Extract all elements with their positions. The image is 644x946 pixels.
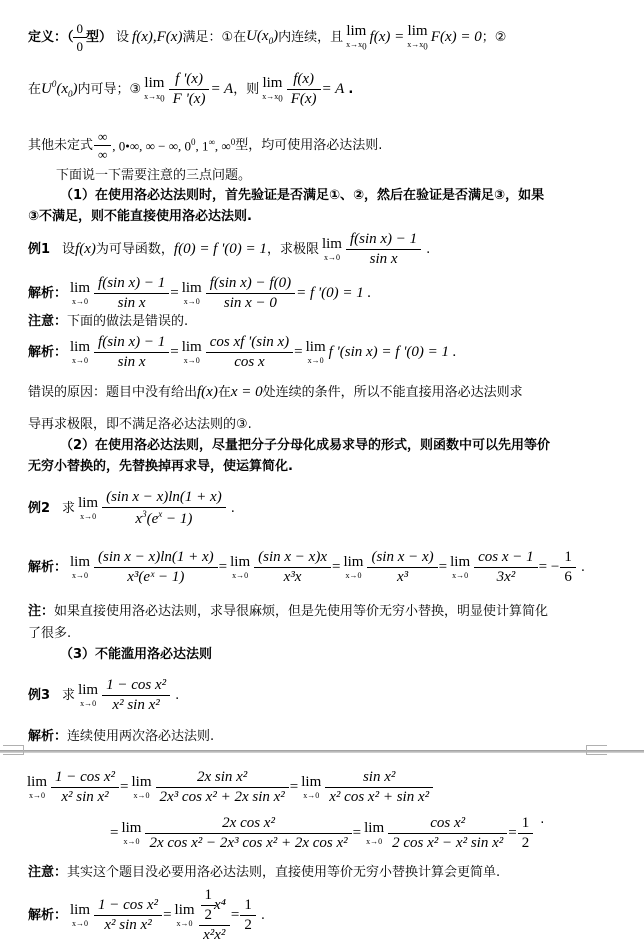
note2-line2: 了很多. <box>28 627 71 640</box>
period: . <box>231 502 235 515</box>
lim: lim <box>450 555 470 570</box>
den: sin x − 0 <box>206 293 295 311</box>
fraction: f(sin x) − f(0)sin x − 0 <box>208 276 293 311</box>
point2-line2: 无穷小替换的，先替换掉再求导，使运算简化. <box>28 460 293 473</box>
math: = <box>170 345 178 360</box>
solution3-row2: = limx→0 2x cos x²2x cos x² − 2x³ cos x²… <box>110 816 544 851</box>
den: x³x <box>254 567 331 585</box>
note-label: 注： <box>28 605 54 618</box>
fraction: 2x cos x²2x cos x² − 2x³ cos x² + 2x cos… <box>147 816 349 851</box>
lim: lim <box>78 496 98 511</box>
den: sin x <box>346 249 421 267</box>
num: 2x sin x² <box>195 770 249 787</box>
fraction: (sin x − x)x³ <box>369 550 435 585</box>
text: 下面的做法是错误的. <box>67 315 188 328</box>
text: （3）不能滥用洛必达法则 <box>60 648 212 661</box>
lim-sub: x→0 <box>80 513 96 521</box>
lim: lim <box>27 775 47 790</box>
den: 6 <box>560 567 576 585</box>
limit: limx→0 <box>132 775 152 800</box>
text: ，求极限 <box>267 243 319 256</box>
limit: limx→0 <box>70 281 90 306</box>
fraction: 1 − cos x²x² sin x² <box>53 770 117 805</box>
lim-sub: x→0 <box>452 572 468 580</box>
note1-line: 注意： 下面的做法是错误的. <box>28 315 188 328</box>
math: f(x) <box>75 242 96 257</box>
note2-line1: 注： 如果直接使用洛必达法则，求导很麻烦，但是先使用等价无穷小替换，明显使计算简… <box>28 605 548 618</box>
example-label: 例3 <box>28 689 50 702</box>
page-break-divider <box>0 750 644 753</box>
fraction: 1 − cos x²x² sin x² <box>96 898 160 933</box>
lim-sub: x→0 <box>29 792 45 800</box>
lim-sub: x→0 <box>123 838 139 846</box>
forms-list: , 0•∞, ∞ − ∞, 00, 1∞, ∞0 <box>112 138 235 152</box>
math: f(x) <box>197 385 218 400</box>
limit: limx→0 <box>364 821 384 846</box>
error-reason-line2: 导再求极限，即不满足洛必达法则的③. <box>28 418 252 431</box>
den: cos x <box>206 352 293 370</box>
math: − 1) <box>162 511 192 527</box>
math: = <box>219 560 227 575</box>
num: f '(x) <box>173 72 205 89</box>
num: f(sin x) − 1 <box>348 232 419 249</box>
lim: lim <box>70 555 90 570</box>
text: 无穷小替换的，先替换掉再求导，使运算简化. <box>28 460 293 473</box>
period: . <box>175 689 179 702</box>
math: f(x) = <box>370 30 405 45</box>
math: = <box>290 780 298 795</box>
math: U <box>41 81 52 97</box>
den: sin x <box>94 352 169 370</box>
lim-sub: x→0 <box>303 792 319 800</box>
math: = A <box>322 82 345 97</box>
lim-sub: x→0 <box>72 357 88 365</box>
num: 1 <box>520 816 532 833</box>
text: 导再求极限，即不满足洛必达法则的③. <box>28 418 252 431</box>
math: = <box>231 908 239 923</box>
lim: lim <box>301 775 321 790</box>
limit: limx→0 <box>175 903 195 928</box>
math: = f '(0) = 1 . <box>296 286 371 301</box>
den: 3x² <box>474 567 538 585</box>
num: 1 <box>203 888 215 905</box>
limit: limx→x0 <box>407 24 428 52</box>
den: 2x³ cos x² + 2x sin x² <box>156 787 289 805</box>
lim-sub0: 0 <box>278 93 283 103</box>
note-label: 注意： <box>28 866 67 879</box>
text: 求 <box>62 689 75 702</box>
fraction: 1 − cos x²x² sin x² <box>104 678 168 713</box>
period: . <box>261 909 265 922</box>
text: 连续使用两次洛必达法则. <box>67 730 214 743</box>
definition-label: 定义：（ <box>28 31 74 44</box>
lim-sub: x→0 <box>366 838 382 846</box>
math: = <box>439 560 447 575</box>
num: 1 <box>562 550 574 567</box>
lim-sub: x→0 <box>80 700 96 708</box>
num: f(sin x) − 1 <box>96 276 167 293</box>
math: (e <box>147 511 159 527</box>
limit: limx→0 <box>182 281 202 306</box>
math: = − <box>539 560 560 575</box>
text: 下面说一下需要注意的三点问题。 <box>56 169 251 182</box>
fraction: (sin x − x)ln(1 + x)x³(eˣ − 1) <box>96 550 216 585</box>
den: 2 <box>240 915 256 933</box>
limit: limx→0 <box>450 555 470 580</box>
math: x = 0 <box>231 385 263 400</box>
num: sin x² <box>361 770 397 787</box>
limit: limx→0 <box>182 340 202 365</box>
solution3-intro-line: 解析： 连续使用两次洛必达法则. <box>28 730 214 743</box>
num: f(sin x) − f(0) <box>208 276 293 293</box>
page-margin-mark-right <box>586 745 607 755</box>
den: x3(ex − 1) <box>102 507 226 527</box>
lim: lim <box>175 903 195 918</box>
limit: limx→0 <box>70 340 90 365</box>
fraction: cos xf '(sin x)cos x <box>208 335 291 370</box>
wrong-solution-line: 解析： limx→0 f(sin x) − 1sin x = limx→0 co… <box>28 335 457 370</box>
fraction: f(sin x) − 1sin x <box>96 276 167 311</box>
point2-line1: （2）在使用洛必达法则，尽量把分子分母化成易求导的形式，则函数中可以先用等价 <box>60 439 550 452</box>
lim-sub: x→0 <box>72 572 88 580</box>
fraction: 16 <box>562 550 574 585</box>
period: . <box>426 243 430 256</box>
limit: limx→0 <box>322 237 342 262</box>
lim-sub: x→0 <box>177 920 193 928</box>
num: (sin x − x) <box>369 550 435 567</box>
math: (x <box>56 81 68 97</box>
example3-line: 例3 求 limx→0 1 − cos x²x² sin x² . <box>28 678 179 713</box>
note3-line: 注意： 其实这个题目没必要用洛必达法则，直接使用等价无穷小替换计算会更简单. <box>28 866 500 879</box>
text: 在 <box>28 83 41 96</box>
fraction: sin x²x² cos x² + sin x² <box>327 770 431 805</box>
fraction: cos x − 13x² <box>476 550 536 585</box>
text: 求 <box>62 502 75 515</box>
lim: lim <box>322 237 342 252</box>
lim: lim <box>182 281 202 296</box>
page-margin-mark-left <box>3 745 24 755</box>
solution-label: 解析： <box>28 561 67 574</box>
math: = <box>294 345 302 360</box>
example2-line: 例2 求 limx→0 (sin x − x)ln(1 + x) x3(ex −… <box>28 490 235 527</box>
period: . <box>348 83 353 96</box>
num: (sin x − x)ln(1 + x) <box>96 550 216 567</box>
limit: limx→0 <box>301 775 321 800</box>
period: . <box>540 813 544 826</box>
lim: lim <box>364 821 384 836</box>
example-label: 例1 <box>28 243 50 256</box>
lim-sub: x→0 <box>308 357 324 365</box>
fraction: 2x sin x²2x³ cos x² + 2x sin x² <box>158 770 287 805</box>
note-label: 注意： <box>28 315 67 328</box>
solution-label: 解析： <box>28 346 67 359</box>
text: 在 <box>218 386 231 399</box>
fraction: f(sin x) − 1sin x <box>96 335 167 370</box>
solution3-row1: limx→0 1 − cos x²x² sin x² = limx→0 2x s… <box>24 770 434 805</box>
limit: limx→0 <box>230 555 250 580</box>
lim: lim <box>132 775 152 790</box>
num: 1 − cos x² <box>53 770 117 787</box>
den: F(x) <box>287 89 321 107</box>
fraction: (sin x − x)ln(1 + x) x3(ex − 1) <box>104 490 224 527</box>
den: x³ <box>367 567 437 585</box>
den: x² cos x² + sin x² <box>325 787 433 805</box>
lim-sub: x→0 <box>184 298 200 306</box>
text: 处连续的条件，所以不能直接用洛必达法则求 <box>263 386 523 399</box>
lim-sub: x→x <box>407 40 423 49</box>
den: ∞ <box>94 145 111 161</box>
math: = <box>120 780 128 795</box>
den: x³(eˣ − 1) <box>94 567 218 585</box>
num: (sin x − x)x <box>256 550 329 567</box>
intro-line: 下面说一下需要注意的三点问题。 <box>56 169 251 182</box>
inf-over-inf: ∞∞ <box>96 130 109 161</box>
math: = <box>508 826 516 841</box>
math: , 1 <box>195 139 208 154</box>
math: = <box>163 908 171 923</box>
den: x² sin x² <box>102 695 170 713</box>
num: cos xf '(sin x) <box>208 335 291 352</box>
lim-sub: x→0 <box>72 920 88 928</box>
den: x²x² <box>199 925 230 943</box>
text: 为可导函数， <box>96 243 174 256</box>
other-forms-line: 其他未定式 ∞∞ , 0•∞, ∞ − ∞, 00, 1∞, ∞0 型，均可使用… <box>28 130 382 161</box>
math-Fx: F(x) <box>157 30 183 45</box>
math: F(x) = 0 <box>431 30 482 45</box>
limit: limx→0 <box>70 555 90 580</box>
math-fx: f(x) <box>132 30 153 45</box>
limit: limx→0 <box>78 496 98 521</box>
den: x² sin x² <box>51 787 119 805</box>
math: = <box>110 826 118 841</box>
point1-line1: （1）在使用洛必达法则时，首先验证是否满足①、②，然后在验证是否满足③，如果 <box>60 189 544 202</box>
math-U0: U0(x0) <box>41 80 78 99</box>
num: 1 − cos x² <box>96 898 160 915</box>
fraction: f(sin x) − 1sin x <box>348 232 419 267</box>
text: 满足：①在 <box>182 31 246 44</box>
lim-sub: x→x <box>144 92 160 101</box>
num: 2x cos x² <box>220 816 277 833</box>
text: 其他未定式 <box>28 139 93 152</box>
text: 内连续，且 <box>278 31 343 44</box>
solution-label: 解析： <box>28 909 67 922</box>
limit: limx→0 <box>121 821 141 846</box>
lim-sub0: 0 <box>423 41 428 51</box>
point1-line2: ③不满足，则不能直接使用洛必达法则. <box>28 210 252 223</box>
text: 型，均可使用洛必达法则. <box>235 139 382 152</box>
num: cos x − 1 <box>476 550 536 567</box>
lim: lim <box>70 903 90 918</box>
num: f(sin x) − 1 <box>96 335 167 352</box>
math: U(x <box>246 28 269 44</box>
lim-sub: x→0 <box>232 572 248 580</box>
text: 其实这个题目没必要用洛必达法则，直接使用等价无穷小替换计算会更简单. <box>67 866 500 879</box>
math: , 0•∞, ∞ − ∞, 0 <box>112 139 191 154</box>
num: ∞ <box>96 130 109 145</box>
solution2-line: 解析： limx→0 (sin x − x)ln(1 + x)x³(eˣ − 1… <box>28 550 585 585</box>
den: sin x <box>94 293 169 311</box>
num: cos x² <box>428 816 467 833</box>
den: 2x cos x² − 2x³ cos x² + 2x cos x² <box>145 833 351 851</box>
lim-sub0: 0 <box>160 93 165 103</box>
solution-label: 解析： <box>28 730 67 743</box>
lim-sub0: 0 <box>362 41 367 51</box>
zero-over-zero: 0 0 <box>75 22 86 53</box>
limit: limx→0 <box>78 683 98 708</box>
fraction: 12 x⁴ x²x² <box>201 888 228 943</box>
text: ；② <box>482 31 507 44</box>
limit: limx→0 <box>306 340 326 365</box>
text: 内可导；③ <box>78 83 142 96</box>
limit: limx→0 <box>343 555 363 580</box>
lim-sub: x→x <box>346 40 362 49</box>
lim-sub: x→0 <box>72 298 88 306</box>
lim-sub: x→0 <box>184 357 200 365</box>
lim: lim <box>306 340 326 355</box>
text: 如果直接使用洛必达法则，求导很麻烦，但是先使用等价无穷小替换，明显使计算简化 <box>54 605 548 618</box>
limit: limx→x0 <box>262 76 283 104</box>
point3-line: （3）不能滥用洛必达法则 <box>60 648 212 661</box>
den: x² sin x² <box>94 915 162 933</box>
lim-sub: x→0 <box>324 254 340 262</box>
text: 设 <box>116 31 129 44</box>
fraction: 12 <box>242 898 254 933</box>
definition-type-suffix: 型） <box>86 31 112 44</box>
fraction: (sin x − x)xx³x <box>256 550 329 585</box>
math: x⁴ <box>214 898 226 913</box>
definition-line-1: 定义：（ 0 0 型） 设 f(x) , F(x) 满足：①在 U(x0) 内连… <box>28 22 506 53</box>
limit: limx→0 <box>70 903 90 928</box>
lim: lim <box>343 555 363 570</box>
lim-sub: x→x <box>262 92 278 101</box>
math: = <box>170 286 178 301</box>
period: . <box>581 561 585 574</box>
num: f(x) <box>291 72 316 89</box>
math: = <box>353 826 361 841</box>
lim: lim <box>70 340 90 355</box>
num: 1 − cos x² <box>104 678 168 695</box>
fraction: cos x²2 cos x² − x² sin x² <box>390 816 505 851</box>
den: 2 <box>518 833 534 851</box>
fraction: f '(x)F '(x) <box>171 72 208 107</box>
half-fraction: 12 <box>203 888 215 923</box>
num: 1 <box>242 898 254 915</box>
math: f '(sin x) = f '(0) = 1 . <box>329 345 457 360</box>
lim: lim <box>78 683 98 698</box>
lim: lim <box>70 281 90 296</box>
lim: lim <box>121 821 141 836</box>
math: , ∞ <box>215 139 231 154</box>
den: F '(x) <box>169 89 210 107</box>
solution1-line: 解析： limx→0 f(sin x) − 1sin x = limx→0 f(… <box>28 276 371 311</box>
example-label: 例2 <box>28 502 50 515</box>
num: (sin x − x)ln(1 + x) <box>104 490 224 507</box>
fraction: 12 <box>520 816 532 851</box>
example1-line: 例1 设 f(x) 为可导函数， f(0) = f '(0) = 1 ，求极限 … <box>28 232 430 267</box>
text: ③不满足，则不能直接使用洛必达法则. <box>28 210 252 223</box>
text: （2）在使用洛必达法则，尽量把分子分母化成易求导的形式，则函数中可以先用等价 <box>60 439 550 452</box>
text: 错误的原因：题目中没有给出 <box>28 386 197 399</box>
definition-line-2: 在 U0(x0) 内可导；③ limx→x0 f '(x)F '(x) = A … <box>28 72 353 107</box>
lim: lim <box>230 555 250 570</box>
math: = A <box>210 82 233 97</box>
error-reason-line1: 错误的原因：题目中没有给出 f(x) 在 x = 0 处连续的条件，所以不能直接… <box>28 385 523 400</box>
lim-sub: x→0 <box>134 792 150 800</box>
lim-sub: x→0 <box>345 572 361 580</box>
text: 了很多. <box>28 627 71 640</box>
limit: limx→x0 <box>346 24 367 52</box>
text: （1）在使用洛必达法则时，首先验证是否满足①、②，然后在验证是否满足③，如果 <box>60 189 544 202</box>
num: 12 x⁴ <box>201 888 228 925</box>
solution4-line: 解析： limx→0 1 − cos x²x² sin x² = limx→0 … <box>28 888 265 943</box>
den: 2 cos x² − x² sin x² <box>388 833 507 851</box>
fraction: f(x)F(x) <box>289 72 319 107</box>
text: ，则 <box>233 83 259 96</box>
text: 设 <box>62 243 75 256</box>
math: = <box>332 560 340 575</box>
limit: limx→x0 <box>144 76 165 104</box>
math-Ux0: U(x0) <box>246 29 278 46</box>
limit: limx→0 <box>27 775 47 800</box>
lim: lim <box>182 340 202 355</box>
solution-label: 解析： <box>28 287 67 300</box>
math: f(0) = f '(0) = 1 <box>174 242 267 257</box>
